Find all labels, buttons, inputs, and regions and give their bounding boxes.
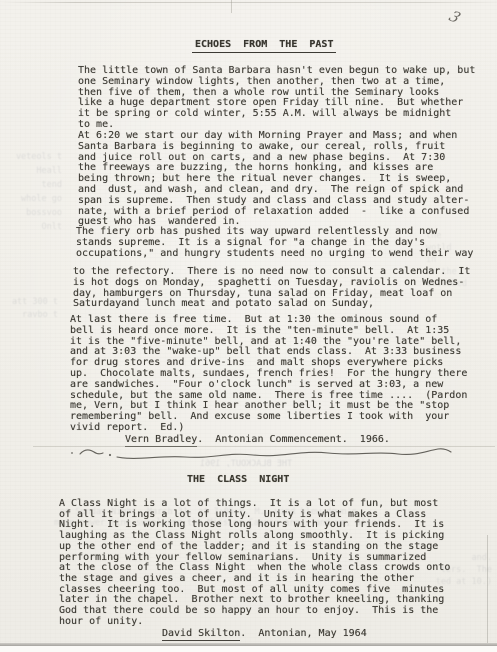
body-paragraph: The little town of Santa Barbara hasn't … (78, 66, 475, 131)
body-paragraph: At last there is free time. But at 1:30 … (70, 315, 467, 434)
scan-top-edge (0, 2, 497, 3)
scan-right-edge (487, 535, 488, 645)
scanned-page: 3 veteols t Heall tend whole go bossvoo … (0, 0, 497, 646)
section-title-echoes-from-the-past: ECHOES FROM THE PAST (192, 39, 336, 50)
body-paragraph: to the refectory. There is no need now t… (73, 267, 470, 310)
section-title-text: ECHOES FROM THE PAST (192, 39, 336, 53)
byline-david-skilton: David Skilton. Antonian, May 1964 (162, 628, 367, 639)
bleed-through-text: veteols t Heall tend whole go bossvoo On… (0, 150, 62, 234)
byline-source: . Antonian, May 1964 (240, 628, 366, 639)
scan-bottom-edge (0, 643, 497, 646)
section-title-the-class-night: THE CLASS NIGHT (187, 474, 289, 485)
hand-drawn-separator (60, 444, 460, 468)
body-paragraph: The fiery orb has pushed its way upward … (76, 227, 473, 259)
body-paragraph: At 6:20 we start our day with Morning Pr… (78, 131, 469, 228)
handwritten-page-number: 3 (446, 7, 464, 26)
byline-author: David Skilton (162, 628, 240, 641)
scan-crease (231, 0, 232, 13)
body-paragraph: A Class Night is a lot of things. It is … (59, 499, 450, 627)
bleed-through-text: att 300 t ravbo t (0, 296, 58, 322)
